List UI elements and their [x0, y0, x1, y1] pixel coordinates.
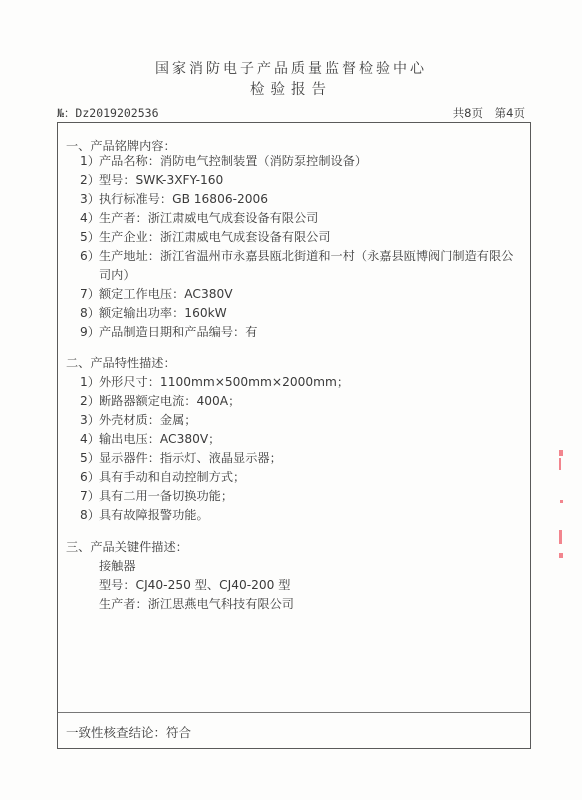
- section3-heading: 三、产品关键件描述：: [66, 538, 188, 557]
- report-content-box: 一、产品铭牌内容： 1）产品名称：消防电气控制装置（消防泵控制设备） 2）型号：…: [57, 122, 531, 749]
- item-number: 1）: [80, 373, 99, 392]
- item-text: 额定输出功率：160kW: [99, 306, 227, 320]
- org-title: 国家消防电子产品质量监督检验中心: [0, 58, 582, 78]
- conclusion-divider: [58, 712, 530, 713]
- section2-item: 4）输出电压：AC380V；: [80, 430, 520, 449]
- section1-item: 9）产品制造日期和产品编号：有: [80, 323, 520, 342]
- section2-item: 1）外形尺寸：1100mm×500mm×2000mm；: [80, 373, 520, 392]
- item-text: 具有手动和自动控制方式；: [99, 470, 245, 484]
- section2-item: 5）显示器件：指示灯、液晶显示器；: [80, 449, 520, 468]
- item-number: 8）: [80, 304, 99, 323]
- item-number: 2）: [80, 171, 99, 190]
- seal-mark: [560, 500, 563, 503]
- report-number: №：Dz2019202536: [57, 105, 159, 121]
- doc-title: 检验报告: [0, 78, 582, 99]
- section1-item: 4）生产者：浙江肃威电气成套设备有限公司: [80, 209, 520, 228]
- page-info: 共8页 第4页: [445, 105, 525, 121]
- item-number: 4）: [80, 430, 99, 449]
- item-number: 7）: [80, 285, 99, 304]
- item-text: 生产者：浙江肃威电气成套设备有限公司: [99, 211, 318, 225]
- section1-item: 2）型号：SWK-3XFY-160: [80, 171, 520, 190]
- key-component-name: 接触器: [99, 557, 136, 576]
- item-text: 执行标准号：GB 16806-2006: [99, 192, 268, 206]
- section2-item: 3）外壳材质：金属；: [80, 411, 520, 430]
- key-component-producer: 生产者：浙江思燕电气科技有限公司: [99, 595, 294, 614]
- key-component-model: 型号：CJ40-250 型、CJ40-200 型: [99, 576, 290, 595]
- section1-item: 7）额定工作电压：AC380V: [80, 285, 520, 304]
- item-text: 生产企业：浙江肃威电气成套设备有限公司: [99, 230, 331, 244]
- section1-item: 6）生产地址：浙江省温州市永嘉县瓯北街道和一村（永嘉县瓯博阀门制造有限公司内）: [80, 247, 520, 285]
- section2-item: 6）具有手动和自动控制方式；: [80, 468, 520, 487]
- item-number: 8）: [80, 506, 99, 525]
- item-number: 7）: [80, 487, 99, 506]
- item-number: 6）: [80, 468, 99, 487]
- section1-item: 3）执行标准号：GB 16806-2006: [80, 190, 520, 209]
- item-text: 外形尺寸：1100mm×500mm×2000mm；: [99, 375, 349, 389]
- item-text: 额定工作电压：AC380V: [99, 287, 233, 301]
- seal-mark: [559, 458, 561, 470]
- current-page: 第4页: [495, 106, 525, 120]
- seal-mark: [559, 553, 563, 558]
- item-number: 6）: [80, 247, 99, 266]
- item-text: 产品名称：消防电气控制装置（消防泵控制设备）: [99, 154, 367, 168]
- item-number: 9）: [80, 323, 99, 342]
- item-number: 3）: [80, 190, 99, 209]
- item-number: 3）: [80, 411, 99, 430]
- section1-item: 5）生产企业：浙江肃威电气成套设备有限公司: [80, 228, 520, 247]
- section2-heading: 二、产品特性描述：: [66, 354, 176, 373]
- seal-mark: [559, 450, 563, 456]
- item-text: 外壳材质：金属；: [99, 413, 197, 427]
- item-text: 型号：SWK-3XFY-160: [99, 173, 223, 187]
- section1-item: 1）产品名称：消防电气控制装置（消防泵控制设备）: [80, 152, 520, 171]
- item-text: 输出电压：AC380V；: [99, 432, 220, 446]
- item-number: 2）: [80, 392, 99, 411]
- section2-item: 2）断路器额定电流：400A；: [80, 392, 520, 411]
- item-number: 5）: [80, 449, 99, 468]
- item-text: 显示器件：指示灯、液晶显示器；: [99, 451, 282, 465]
- seal-mark: [559, 530, 562, 544]
- conformity-conclusion: 一致性核查结论：符合: [66, 723, 191, 741]
- item-text: 断路器额定电流：400A；: [99, 394, 240, 408]
- total-pages: 共8页: [453, 106, 483, 120]
- item-text: 产品制造日期和产品编号：有: [99, 325, 257, 339]
- item-number: 4）: [80, 209, 99, 228]
- item-number: 5）: [80, 228, 99, 247]
- item-text: 具有故障报警功能。: [99, 508, 209, 522]
- section2-item: 8）具有故障报警功能。: [80, 506, 520, 525]
- item-text: 生产地址：浙江省温州市永嘉县瓯北街道和一村（永嘉县瓯博阀门制造有限公司内）: [99, 247, 514, 285]
- section1-item: 8）额定输出功率：160kW: [80, 304, 520, 323]
- section2-item: 7）具有二用一备切换功能；: [80, 487, 520, 506]
- item-text: 具有二用一备切换功能；: [99, 489, 233, 503]
- item-number: 1）: [80, 152, 99, 171]
